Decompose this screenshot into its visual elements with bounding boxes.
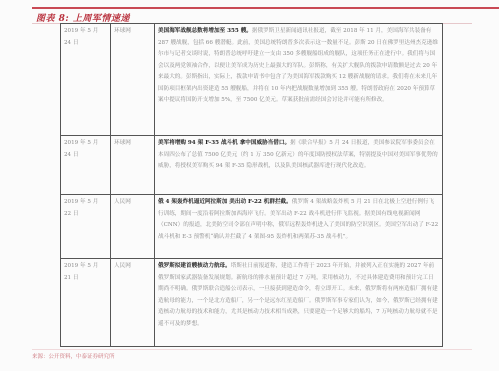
row-body: 据俄罗斯卫星新闻通讯社报道，截至 2018 年 11 月，美国海军共装备有 28… [158, 28, 438, 103]
row-headline: 美军将增购 94 架 F-35 战斗机 拿中国威胁当借口。 [158, 140, 290, 146]
row-headline: 美国海军战舰总数将增加至 355 艘。 [158, 28, 252, 34]
row-source: 环球网 [111, 24, 155, 136]
row-body: 俄罗斯 4 架战略轰炸机 5 月 21 日在北极上空进行例行飞行训练，期间一度沿… [158, 199, 438, 240]
row-body: 塔斯社日前报道称，建造工作将于 2023 年开始，并被列入正在实施的 2027 … [158, 263, 438, 327]
table-row: 2019 年 5 月 22 日 人民网 俄 4 架轰炸机逼近阿拉斯加 美出动 F… [61, 195, 443, 259]
row-date: 2019 年 5 月 22 日 [61, 195, 111, 259]
source-note: 来源：公开资料，中泰证券研究所 [32, 352, 115, 360]
row-headline: 俄 4 架轰炸机逼近阿拉斯加 美出动 F-22 机群拦截。 [158, 199, 292, 205]
row-source: 人民网 [111, 195, 155, 259]
row-date: 2019 年 5 月 24 日 [61, 24, 111, 136]
source-rule [32, 349, 472, 350]
row-content: 美国海军战舰总数将增加至 355 艘。据俄罗斯卫星新闻通讯社报道，截至 2018… [155, 24, 443, 136]
row-source: 人民网 [111, 259, 155, 347]
row-date: 2019 年 5 月 21 日 [61, 259, 111, 347]
row-content: 美军将增购 94 架 F-35 战斗机 拿中国威胁当借口。据《联合早报》5 月 … [155, 136, 443, 195]
title-top-rule [32, 7, 499, 9]
military-news-table: 2019 年 5 月 24 日 环球网 美国海军战舰总数将增加至 355 艘。据… [60, 23, 443, 347]
row-date: 2019 年 5 月 24 日 [61, 136, 111, 195]
row-content: 俄 4 架轰炸机逼近阿拉斯加 美出动 F-22 机群拦截。俄罗斯 4 架战略轰炸… [155, 195, 443, 259]
row-content: 俄罗斯拟建首艘核动力航母。塔斯社日前报道称，建造工作将于 2023 年开始，并被… [155, 259, 443, 347]
table-row: 2019 年 5 月 21 日 人民网 俄罗斯拟建首艘核动力航母。塔斯社日前报道… [61, 259, 443, 347]
table-row: 2019 年 5 月 24 日 环球网 美军将增购 94 架 F-35 战斗机 … [61, 136, 443, 195]
row-headline: 俄罗斯拟建首艘核动力航母。 [158, 263, 231, 269]
table-row: 2019 年 5 月 24 日 环球网 美国海军战舰总数将增加至 355 艘。据… [61, 24, 443, 136]
row-source: 环球网 [111, 136, 155, 195]
